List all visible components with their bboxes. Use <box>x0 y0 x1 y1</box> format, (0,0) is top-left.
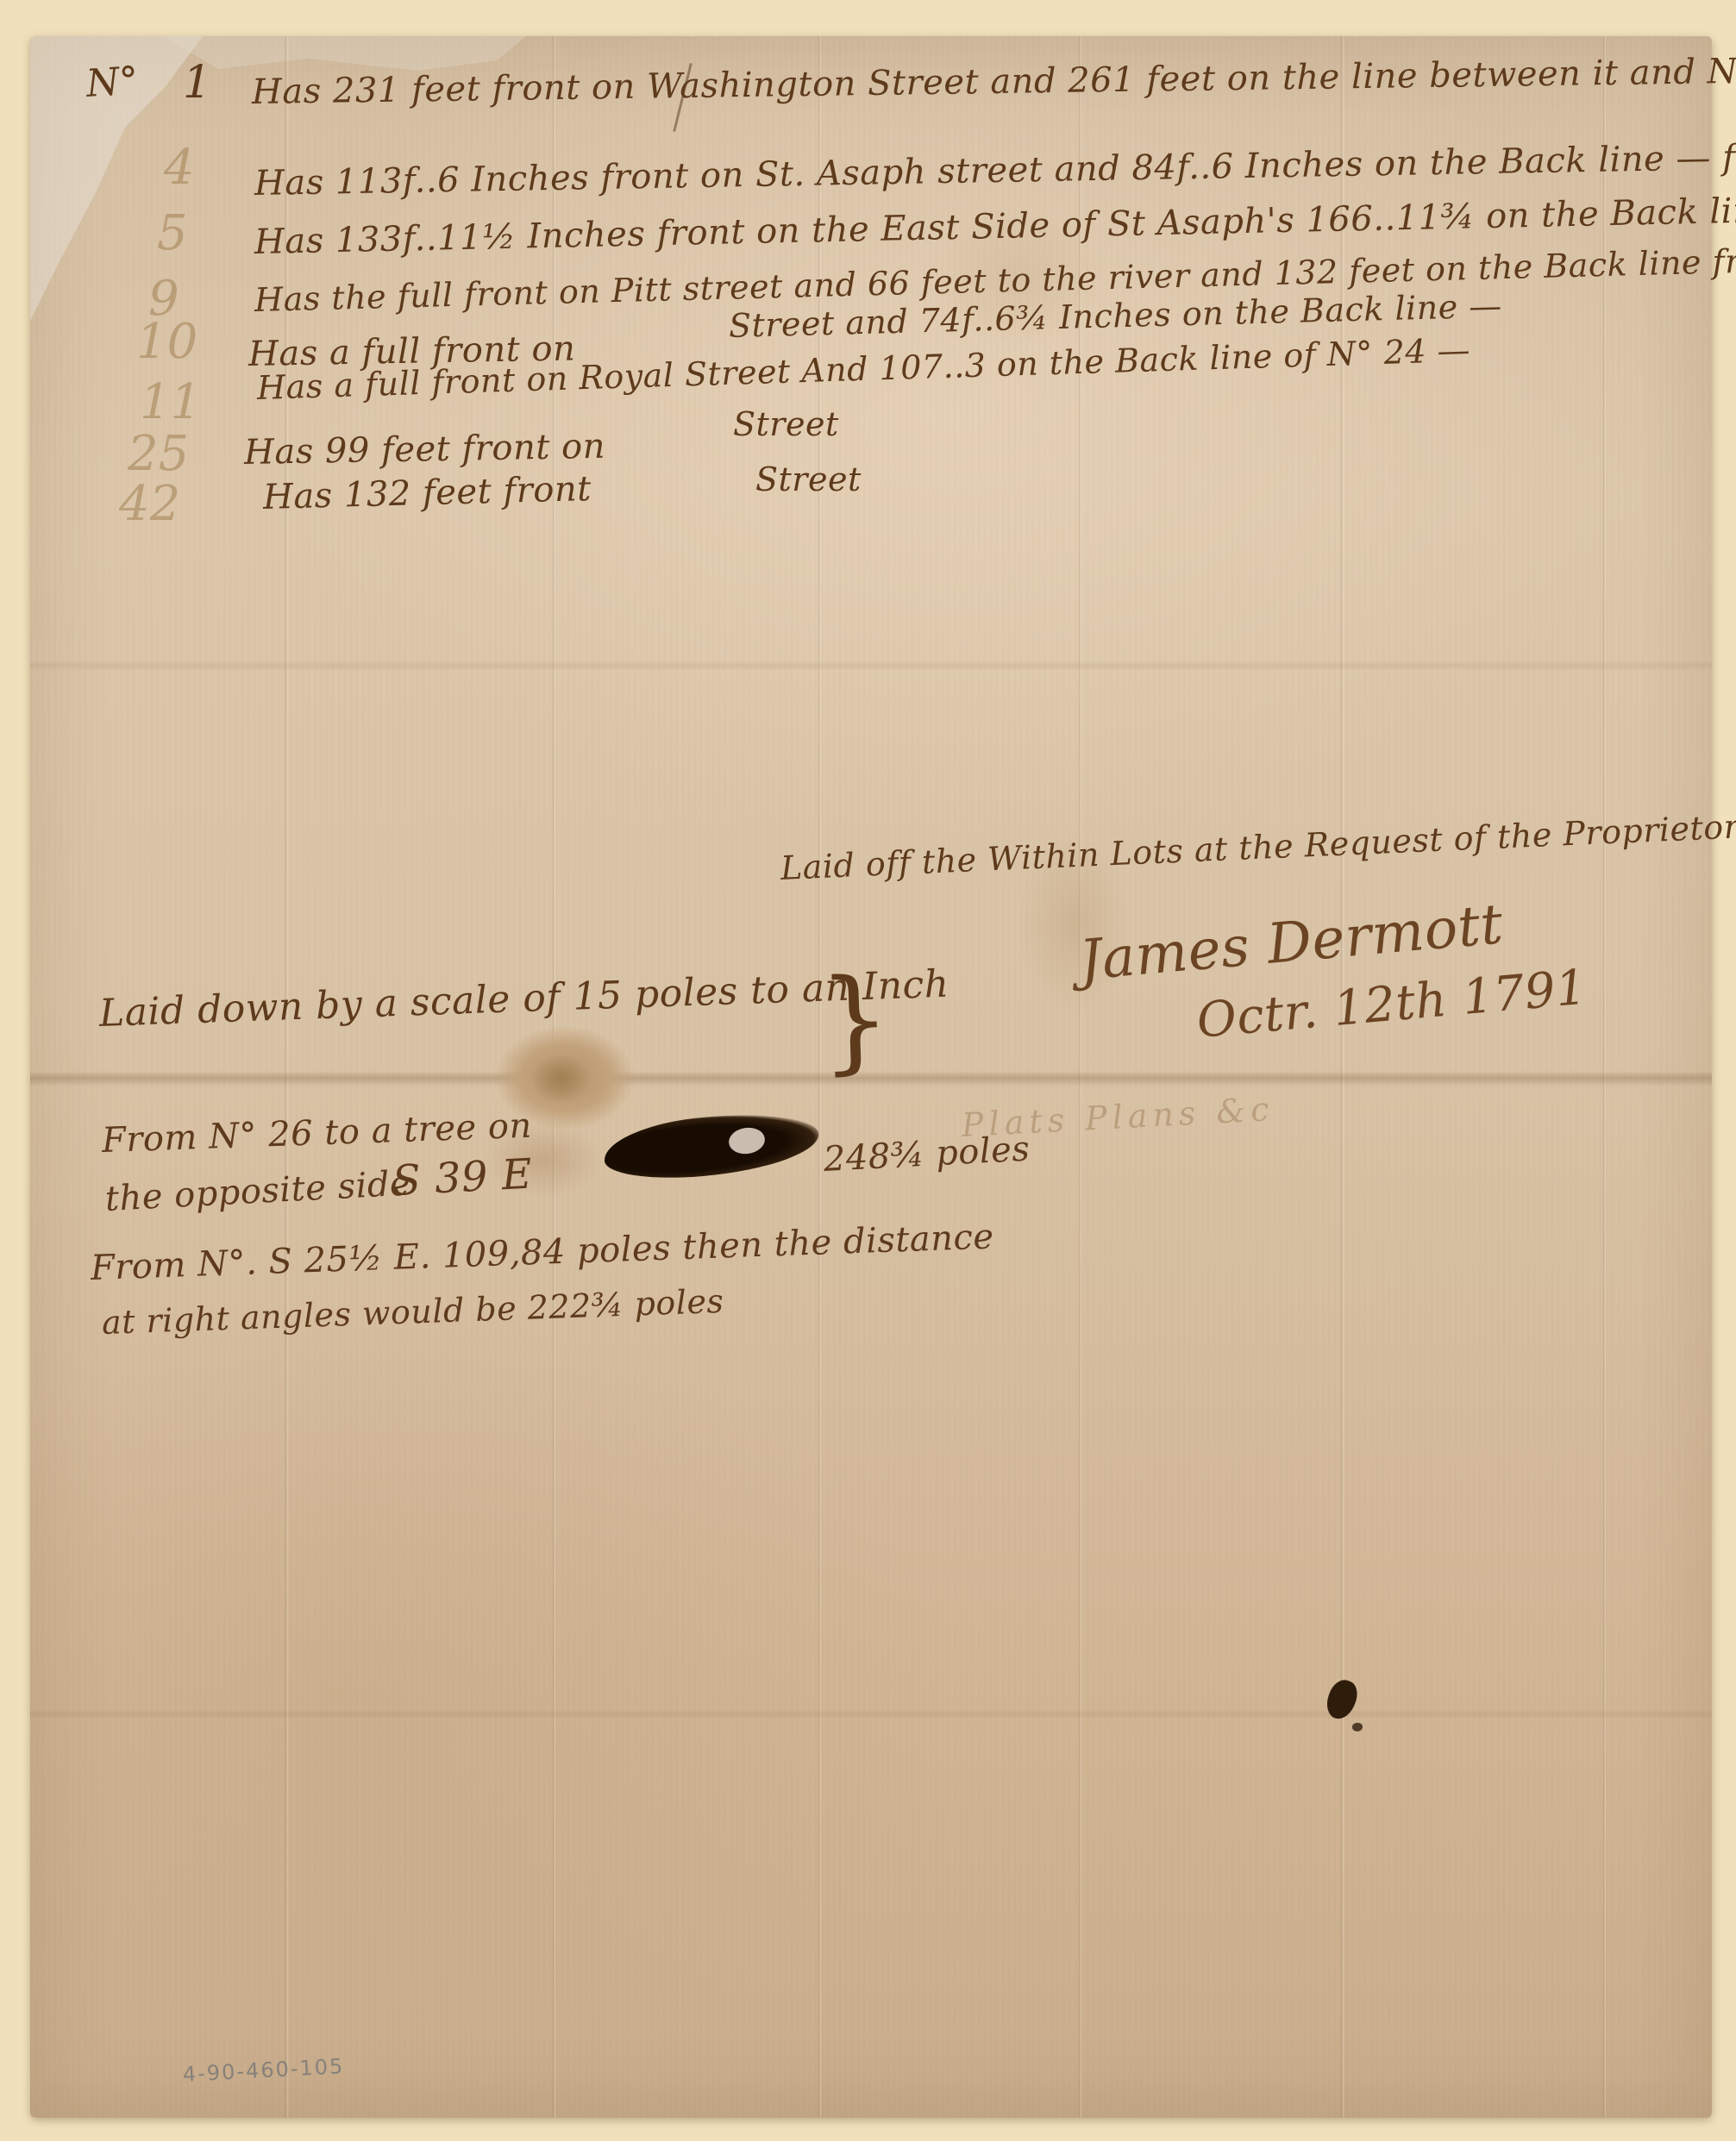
lot-entry-right: Street <box>755 460 862 498</box>
lot-no-prefix: N° <box>85 59 140 106</box>
lot-number: 1 <box>183 57 211 109</box>
lot-number: 25 <box>128 426 189 482</box>
lot-entry-right: Street <box>733 405 839 443</box>
lot-number: 42 <box>119 476 180 532</box>
fold-wear-knot <box>530 1054 591 1104</box>
scale-brace: } <box>817 953 893 1086</box>
lot-number: 5 <box>157 205 188 261</box>
lot-number: 10 <box>136 314 197 370</box>
lot-number: 11 <box>140 374 201 430</box>
scan-canvas: N° 1 Has 231 feet front on Washington St… <box>0 0 1736 2141</box>
fold-crease-horizontal <box>30 1709 1712 1719</box>
survey-note-bearing: S 39 E <box>392 1150 534 1205</box>
fold-crease-horizontal <box>30 660 1712 671</box>
lot-entry-left: Has 99 feet front on <box>244 427 606 473</box>
lot-number: 4 <box>164 140 195 196</box>
